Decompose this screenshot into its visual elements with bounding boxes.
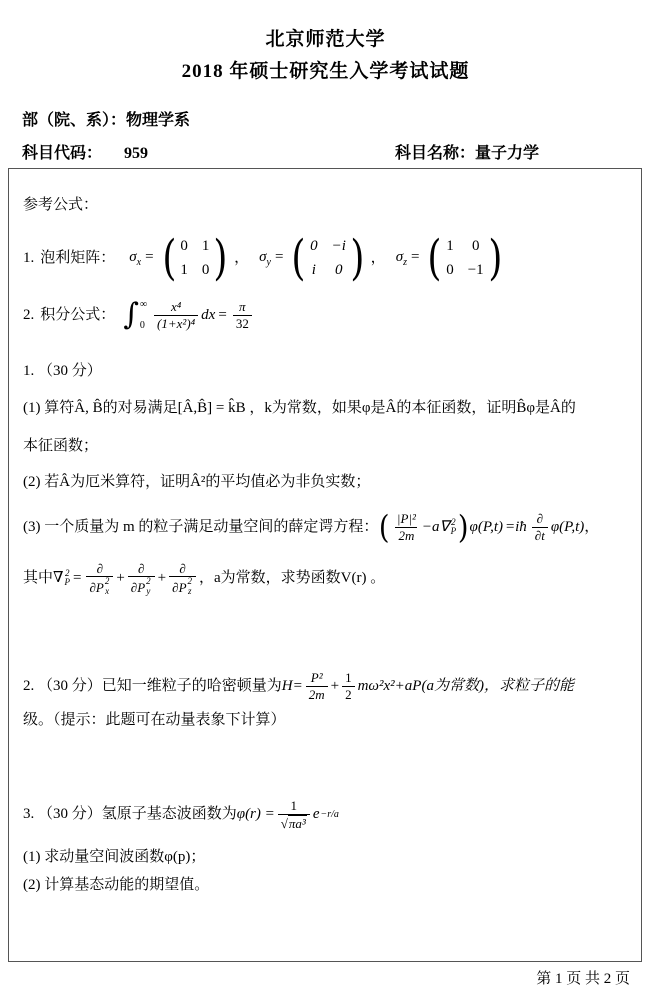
- phi-symbol: φ: [551, 517, 559, 537]
- exam-title: 2018 年硕士研究生入学考试试题: [0, 56, 651, 83]
- integral-expression: ∫ ∞0 x⁴(1+x²)⁴ dx = π32: [123, 298, 255, 332]
- sigma-y-symbol: σy=: [259, 247, 287, 270]
- problem3-line1: 3. （30 分）氢原子基态波函数为 φ(r) = 1√πa³ e−r/a: [23, 791, 629, 839]
- separator-comma: ，: [234, 248, 249, 268]
- plus-sign: +: [331, 676, 339, 696]
- phi-argument: (P,t): [559, 517, 584, 537]
- problem1-part3-nabla-definition: 其中∇ 2P = ∂∂P2x + ∂∂P2y + ∂∂P2z ，a为常数，求势函…: [23, 558, 629, 598]
- exponential-power: −r/a: [321, 808, 339, 822]
- integral-formula-row: 2. 积分公式： ∫ ∞0 x⁴(1+x²)⁴ dx = π32: [23, 293, 629, 337]
- equals-sign: =: [218, 305, 226, 325]
- problem3-part1: (1) 求动量空间波函数φ(p)；: [23, 847, 629, 867]
- sigma-x-symbol: σx=: [129, 247, 157, 270]
- problem2-line2: 级。（提示：此题可在动量表象下计算）: [23, 710, 629, 730]
- subject-name: 科目名称：量子力学: [395, 140, 539, 163]
- right-paren: ): [214, 238, 228, 279]
- oscillator-terms: mω²x²+aP(a为常数)，求粒子的能: [358, 676, 574, 696]
- right-paren: ): [458, 513, 469, 542]
- partial-z-fraction: ∂∂P2z: [169, 561, 196, 596]
- integral-item-number: 2.: [23, 305, 34, 325]
- hamiltonian-symbol: H=: [282, 676, 303, 696]
- problem3-part2: (2) 计算基态动能的期望值。: [23, 875, 629, 895]
- sigma-y-entries: 0−i i0: [308, 236, 348, 281]
- plus-sign: +: [158, 568, 166, 588]
- kinetic-fraction: |P|²2m: [394, 511, 419, 543]
- dx-term: dx: [201, 305, 215, 325]
- integral-sign: ∫: [123, 300, 139, 330]
- normalization-fraction: 1√πa³: [278, 798, 310, 831]
- equals-sign: =: [73, 568, 81, 588]
- exam-page: 北京师范大学 2018 年硕士研究生入学考试试题 部（院、系）：物理学系 科目代…: [0, 0, 651, 996]
- left-paren: (: [379, 513, 390, 542]
- result-fraction: π32: [233, 299, 252, 331]
- university-title: 北京师范大学: [0, 24, 651, 51]
- separator-comma: ，: [371, 248, 386, 268]
- nabla-supsub: 2P: [64, 569, 70, 588]
- nabla-term: −a∇: [422, 517, 450, 537]
- subject-code-label: 科目代码：: [22, 145, 102, 162]
- partial-x-fraction: ∂∂P2x: [86, 561, 113, 596]
- plus-sign: +: [116, 568, 124, 588]
- problem2-text: 2. （30 分）已知一维粒子的哈密顿量为: [23, 676, 282, 696]
- equals-ihbar: =iħ: [505, 517, 527, 537]
- wavefunction-lhs: φ(r) =: [237, 804, 275, 824]
- exam-content-box: 参考公式： 1. 泡利矩阵： σx= ( 01 10 ) ， σy= ( 0−i: [8, 168, 642, 962]
- left-paren: (: [428, 238, 442, 279]
- sigma-z-entries: 10 0−1: [444, 236, 485, 281]
- subject-name-label: 科目名称：: [395, 145, 475, 162]
- pauli-matrix-x: σx= ( 01 10 ): [129, 236, 230, 281]
- comma: ，: [584, 517, 599, 537]
- problem1-part3: (3) 一个质量为 m 的粒子满足动量空间的薛定谔方程： ( |P|²2m −a…: [23, 504, 629, 550]
- subject-line: 科目代码：959 科目名称：量子力学: [22, 140, 641, 163]
- department-line: 部（院、系）：物理学系: [22, 107, 190, 130]
- problem1-part2: (2) 若Â为厄米算符，证明Â²的平均值必为非负实数；: [23, 472, 629, 492]
- problem1-part3-tail: ，a为常数，求势函数V(r) 。: [199, 568, 385, 588]
- problem1-part1-line2: 本征函数；: [23, 436, 629, 456]
- left-paren: (: [162, 238, 176, 279]
- nabla-supsub: 2P: [451, 518, 457, 537]
- problem2-line1: 2. （30 分）已知一维粒子的哈密顿量为 H= P²2m + 12 mω²x²…: [23, 664, 629, 708]
- problem1-part1-line1: (1) 算符Â, B̂的对易满足[Â,B̂] = k̂B ，k为常数，如果φ是Â…: [23, 398, 629, 418]
- p-squared-fraction: P²2m: [306, 670, 328, 702]
- phi-argument: (P,t): [478, 517, 503, 537]
- pauli-matrix-z: σz= ( 10 0−1 ): [396, 236, 505, 281]
- integral-label: 积分公式：: [40, 305, 115, 325]
- left-paren: (: [292, 238, 306, 279]
- subject-code-value: 959: [124, 145, 148, 162]
- sigma-z-symbol: σz=: [396, 247, 424, 270]
- partial-y-fraction: ∂∂P2y: [128, 561, 155, 596]
- page-number-footer: 第 1 页 共 2 页: [536, 967, 630, 988]
- phi-symbol: φ: [470, 517, 478, 537]
- problem1-part3-text: (3) 一个质量为 m 的粒子满足动量空间的薛定谔方程：: [23, 517, 378, 537]
- subject-name-value: 量子力学: [475, 145, 539, 162]
- right-paren: ): [350, 238, 364, 279]
- problem1-heading: 1. （30 分）: [23, 361, 629, 381]
- exponential-base: e: [313, 804, 320, 824]
- pauli-matrices-row: 1. 泡利矩阵： σx= ( 01 10 ) ， σy= ( 0−i i0 ): [23, 227, 629, 289]
- sigma-x-entries: 01 10: [178, 236, 211, 281]
- problem3-text: 3. （30 分）氢原子基态波函数为: [23, 804, 237, 824]
- reference-formulas-heading: 参考公式：: [23, 195, 629, 215]
- pauli-label: 泡利矩阵：: [40, 248, 115, 268]
- where-text: 其中∇: [23, 568, 63, 588]
- pauli-item-number: 1.: [23, 248, 34, 268]
- time-derivative-fraction: ∂∂t: [532, 511, 548, 543]
- integrand-fraction: x⁴(1+x²)⁴: [154, 299, 198, 331]
- one-half-fraction: 12: [342, 670, 355, 702]
- pauli-matrix-y: σy= ( 0−i i0 ): [259, 236, 367, 281]
- right-paren: ): [488, 238, 502, 279]
- integral-limits: ∞0: [140, 298, 147, 332]
